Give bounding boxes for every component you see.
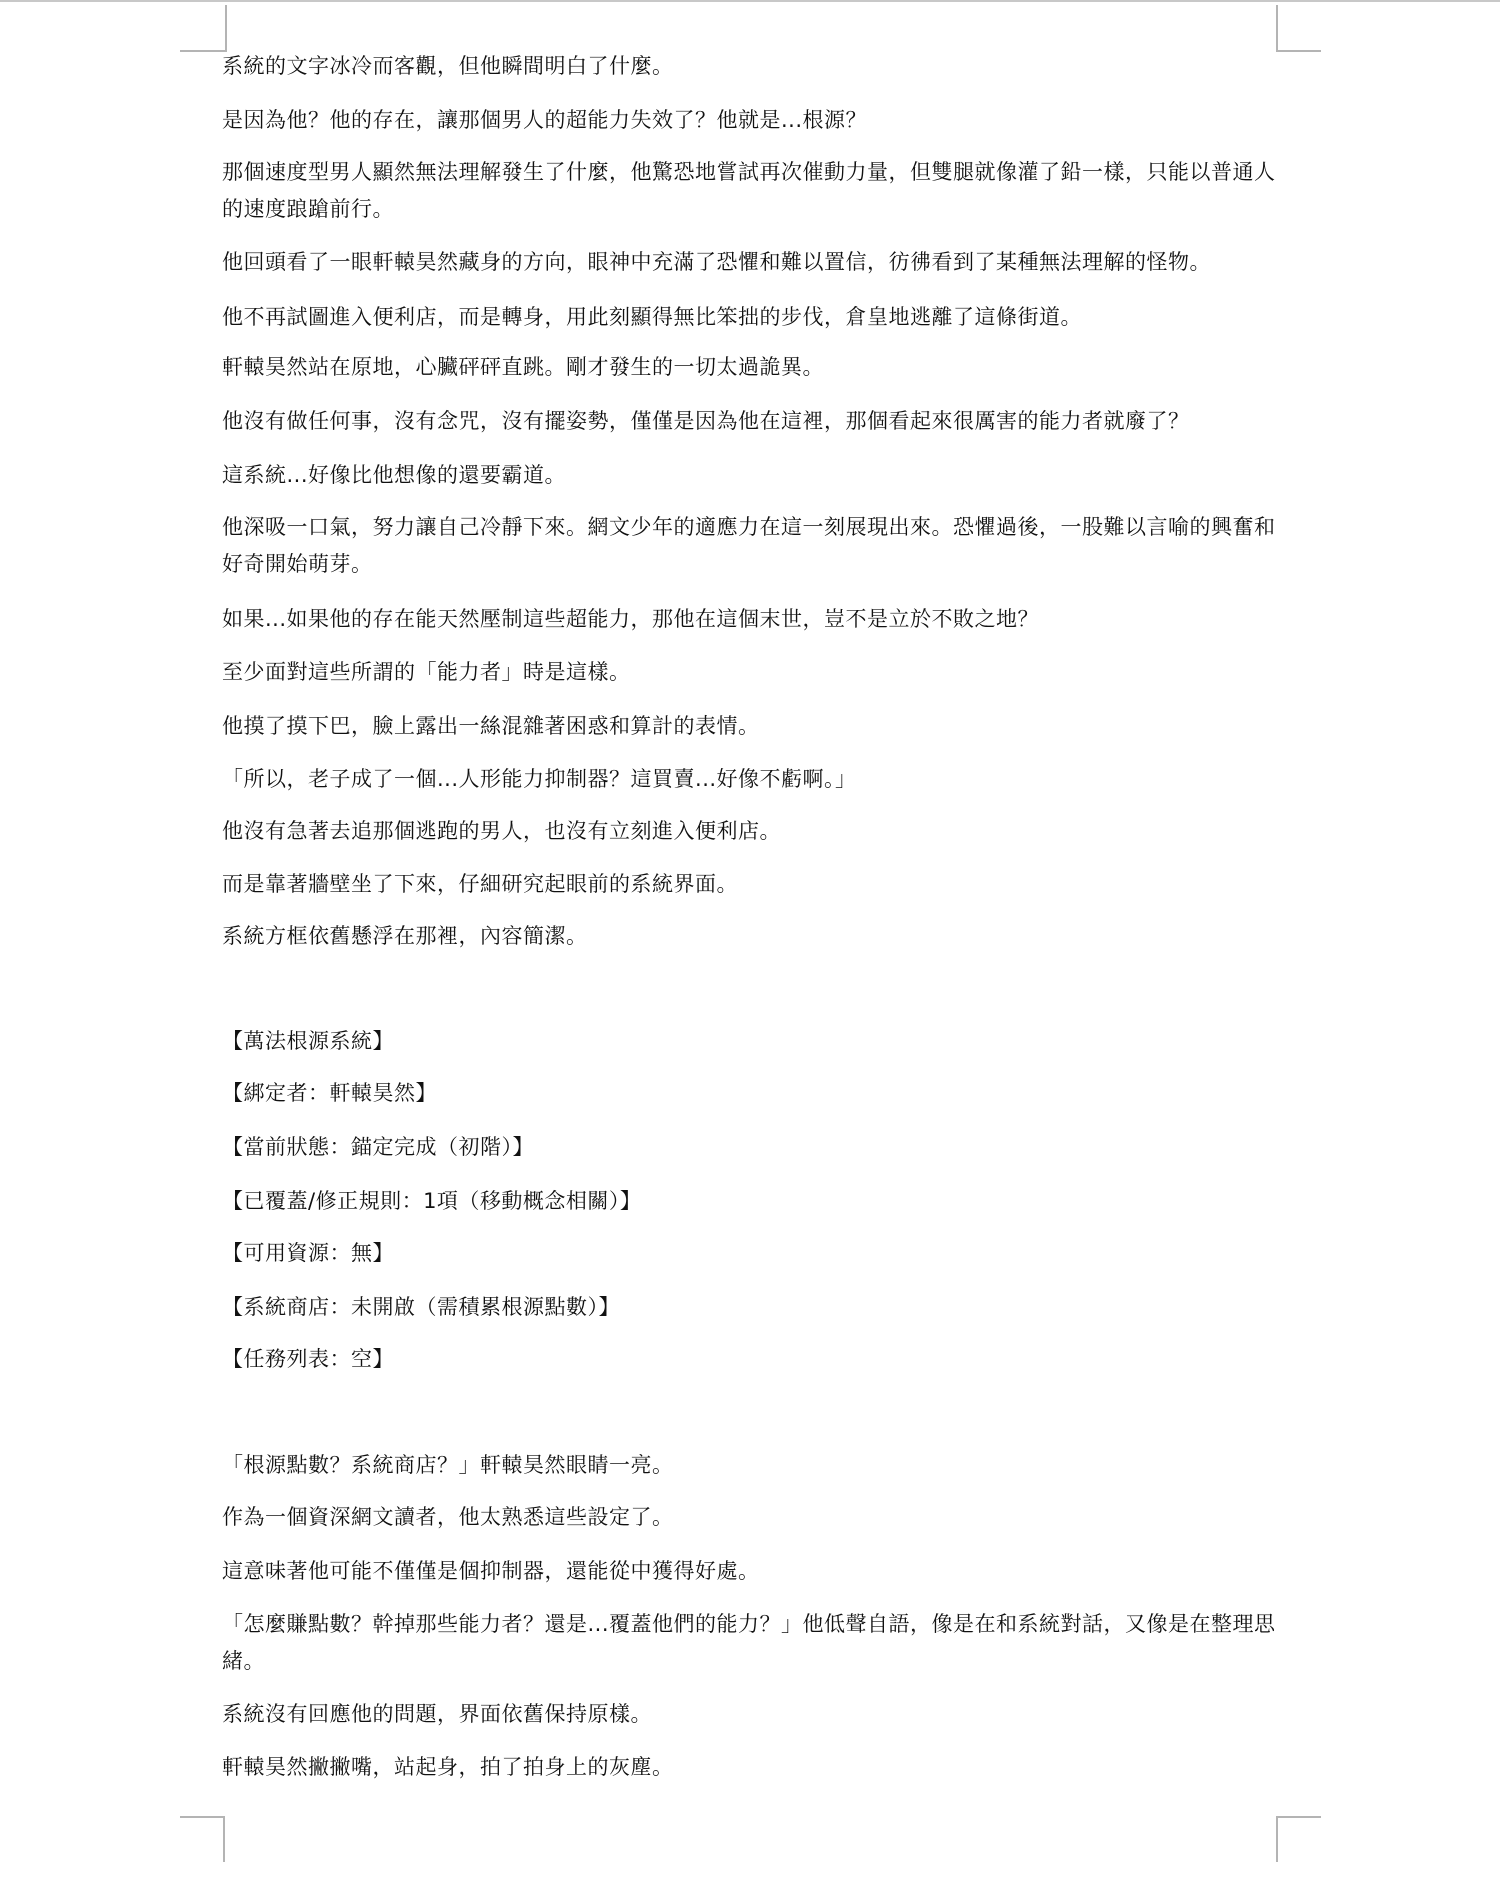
system-bound-user: 【綁定者：軒轅昊然】 [222, 1075, 1282, 1112]
paragraph: 軒轅昊然站在原地，心臟砰砰直跳。剛才發生的一切太過詭異。 [222, 349, 1282, 386]
system-rules-covered: 【已覆蓋/修正規則：1項（移動概念相關）】 [222, 1183, 1282, 1220]
system-shop: 【系統商店：未開啟（需積累根源點數）】 [222, 1289, 1282, 1326]
crop-mark-top-right [1276, 50, 1321, 52]
paragraph: 這系統...好像比他想像的還要霸道。 [222, 457, 1282, 494]
paragraph: 系統方框依舊懸浮在那裡，內容簡潔。 [222, 918, 1282, 955]
system-title: 【萬法根源系統】 [222, 1023, 1282, 1060]
crop-mark-bottom-right [1276, 1816, 1321, 1818]
crop-mark-bottom-left [180, 1816, 225, 1818]
paragraph: 他沒有做任何事，沒有念咒，沒有擺姿勢，僅僅是因為他在這裡，那個看起來很厲害的能力… [222, 403, 1282, 440]
document-page: 系統的文字冰冷而客觀，但他瞬間明白了什麼。 是因為他？他的存在，讓那個男人的超能… [0, 0, 1500, 1895]
crop-mark-top-left [225, 5, 227, 51]
paragraph: 軒轅昊然撇撇嘴，站起身，拍了拍身上的灰塵。 [222, 1749, 1282, 1786]
paragraph: 他深吸一口氣，努力讓自己冷靜下來。網文少年的適應力在這一刻展現出來。恐懼過後，一… [222, 509, 1282, 583]
paragraph: 那個速度型男人顯然無法理解發生了什麼，他驚恐地嘗試再次催動力量，但雙腿就像灌了鉛… [222, 154, 1282, 228]
paragraph: 如果...如果他的存在能天然壓制這些超能力，那他在這個末世，豈不是立於不敗之地？ [222, 601, 1282, 638]
crop-mark-bottom-right [1276, 1816, 1278, 1862]
crop-mark-top-right [1276, 5, 1278, 51]
paragraph: 這意味著他可能不僅僅是個抑制器，還能從中獲得好處。 [222, 1553, 1282, 1590]
paragraph: 作為一個資深網文讀者，他太熟悉這些設定了。 [222, 1499, 1282, 1536]
paragraph: 而是靠著牆壁坐了下來，仔細研究起眼前的系統界面。 [222, 866, 1282, 903]
system-task-list: 【任務列表：空】 [222, 1341, 1282, 1378]
paragraph: 「所以，老子成了一個...人形能力抑制器？這買賣...好像不虧啊。」 [222, 761, 1282, 798]
paragraph: 系統沒有回應他的問題，界面依舊保持原樣。 [222, 1696, 1282, 1733]
paragraph: 「怎麼賺點數？幹掉那些能力者？還是...覆蓋他們的能力？」他低聲自語，像是在和系… [222, 1606, 1282, 1680]
paragraph: 他不再試圖進入便利店，而是轉身，用此刻顯得無比笨拙的步伐，倉皇地逃離了這條街道。 [222, 299, 1282, 336]
crop-mark-bottom-left [223, 1816, 225, 1862]
paragraph: 他摸了摸下巴，臉上露出一絲混雜著困惑和算計的表情。 [222, 708, 1282, 745]
paragraph: 「根源點數？系統商店？」軒轅昊然眼睛一亮。 [222, 1447, 1282, 1484]
paragraph: 他回頭看了一眼軒轅昊然藏身的方向，眼神中充滿了恐懼和難以置信，彷彿看到了某種無法… [222, 244, 1282, 281]
system-resources: 【可用資源：無】 [222, 1235, 1282, 1272]
paragraph: 至少面對這些所謂的「能力者」時是這樣。 [222, 654, 1282, 691]
system-current-status: 【當前狀態：錨定完成（初階）】 [222, 1129, 1282, 1166]
crop-mark-top-left [180, 50, 227, 52]
paragraph: 系統的文字冰冷而客觀，但他瞬間明白了什麼。 [222, 48, 1282, 85]
paragraph: 他沒有急著去追那個逃跑的男人，也沒有立刻進入便利店。 [222, 813, 1282, 850]
paragraph: 是因為他？他的存在，讓那個男人的超能力失效了？他就是...根源？ [222, 102, 1282, 139]
